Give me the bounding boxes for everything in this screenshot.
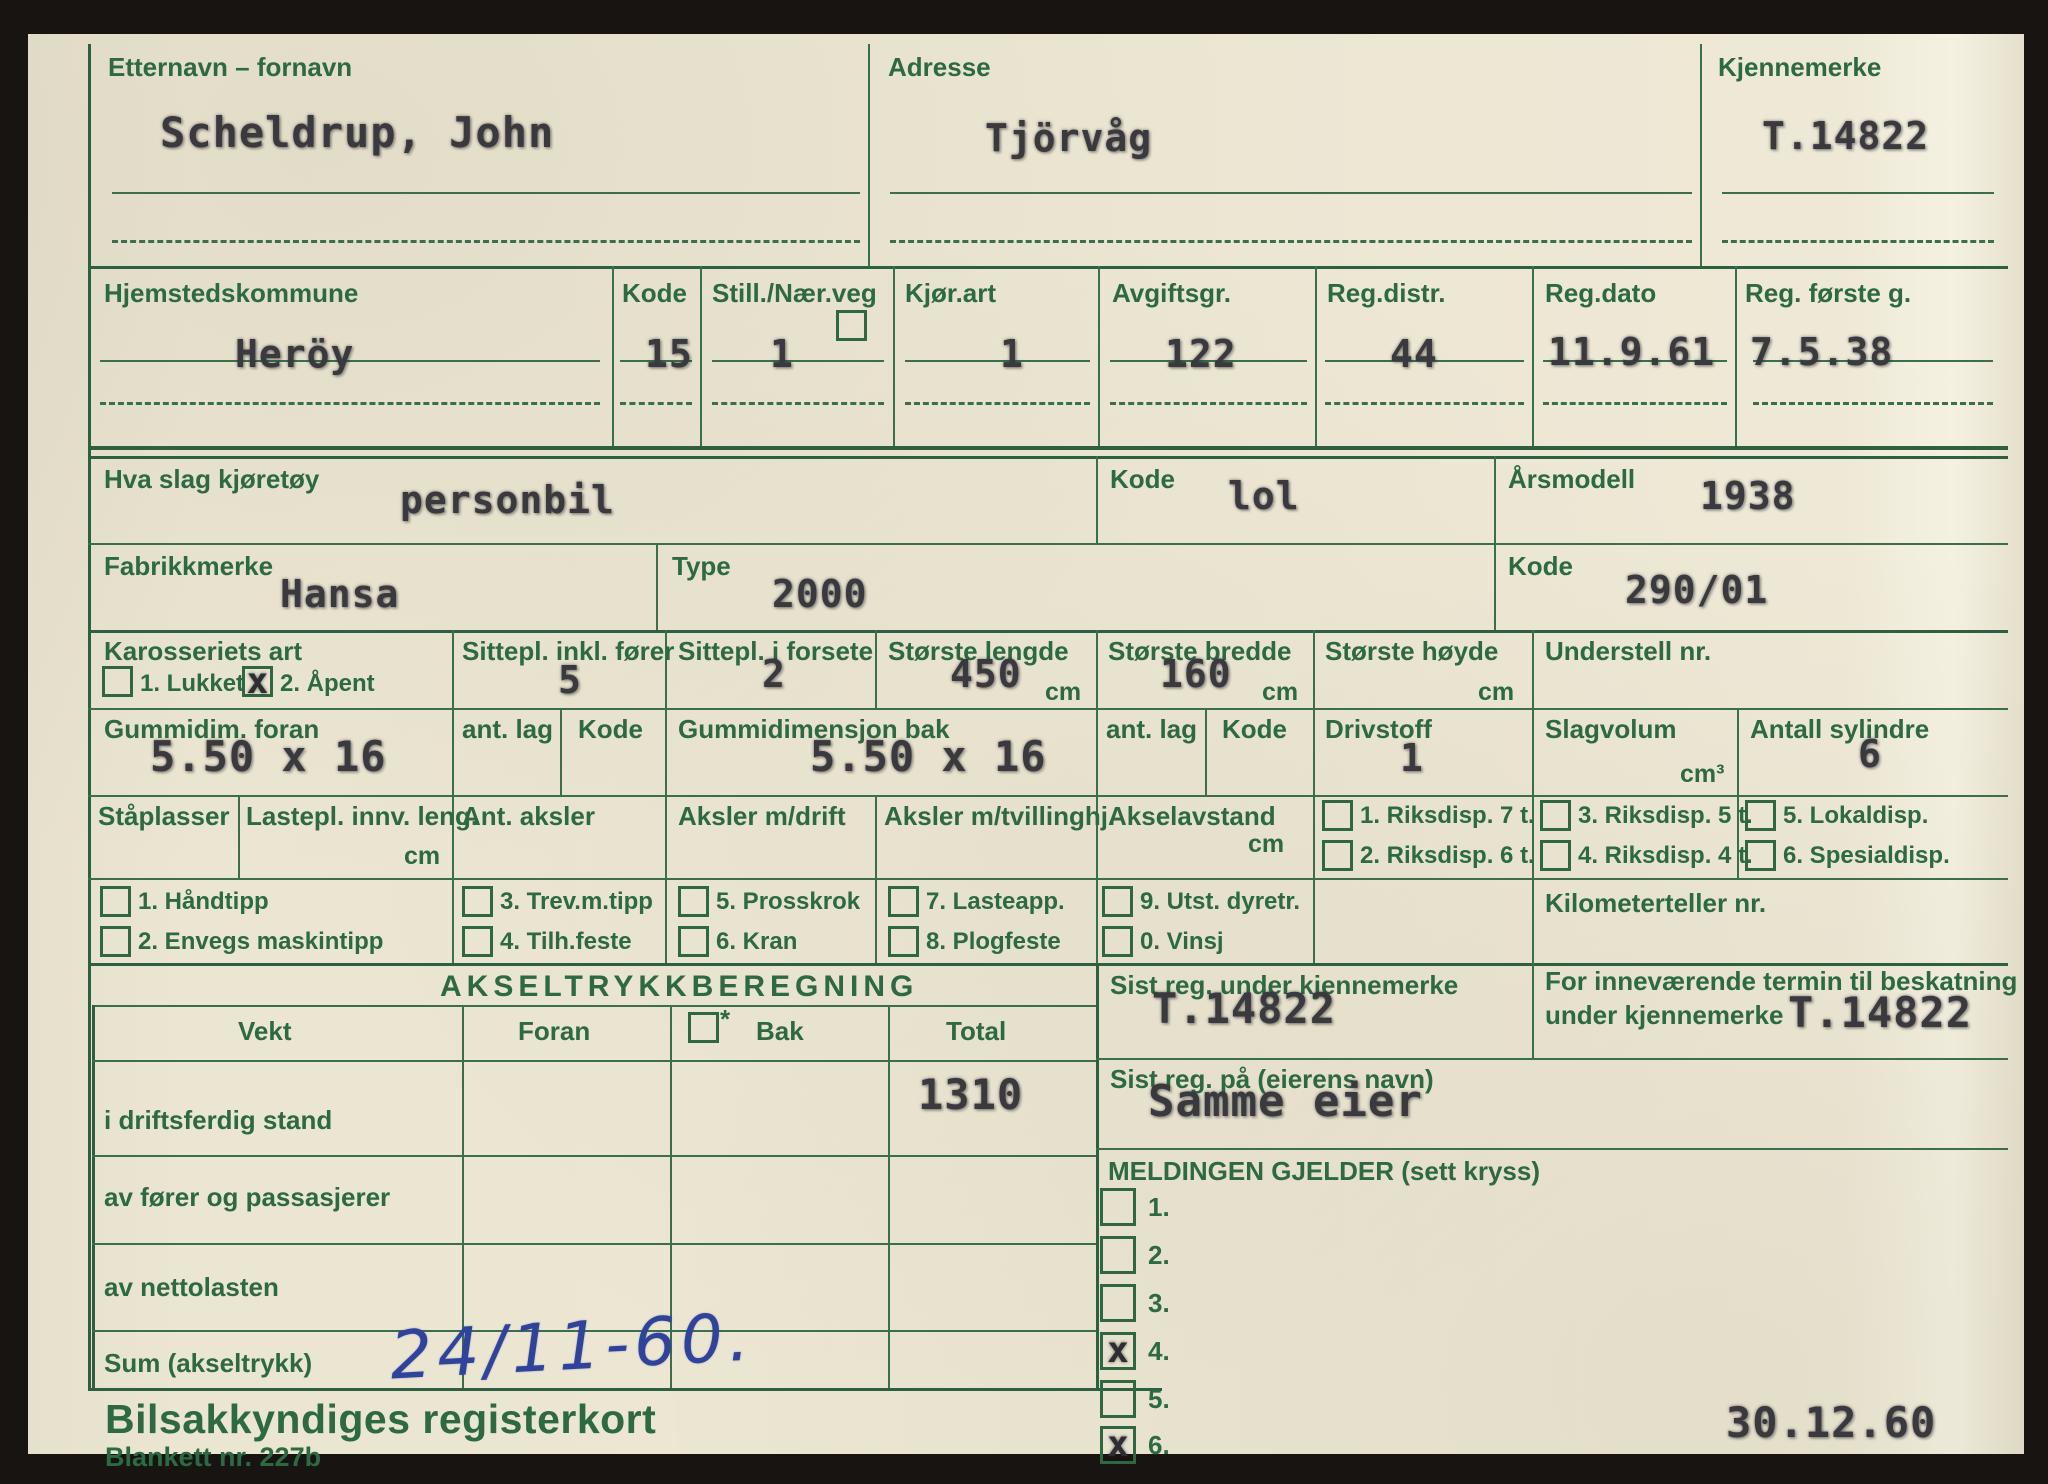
municipality-label: Hjemstedskommune [104, 278, 358, 309]
width-unit: cm [1262, 678, 1298, 707]
divider [1096, 630, 1098, 708]
divider [905, 402, 1090, 405]
owner-value: Samme eier [1148, 1076, 1423, 1127]
divider [452, 878, 454, 963]
displacement-label: Slagvolum [1545, 714, 1676, 745]
km-counter-label: Kilometerteller nr. [1545, 888, 1766, 919]
dyretr-checkbox [1102, 886, 1133, 917]
rear-layers-label: ant. lag [1106, 714, 1197, 745]
akselavstand-unit: cm [1248, 830, 1284, 859]
form-title: Bilsakkyndiges registerkort [105, 1396, 656, 1443]
melding-checkbox-2 [1100, 1236, 1136, 1274]
table-header-vekt: Vekt [238, 1016, 292, 1047]
trevtipp-label: 3. Trev.m.tipp [500, 888, 653, 917]
checkbox-mark: x [1107, 1427, 1129, 1463]
divider [100, 402, 600, 405]
divider [1700, 44, 1702, 266]
divider [656, 543, 658, 630]
row-sum-label: Sum (akseltrykk) [104, 1348, 312, 1379]
melding-checkbox-5 [1100, 1380, 1136, 1418]
address-value: Tjörvåg [985, 116, 1152, 160]
divider [88, 795, 2008, 797]
year-value: 1938 [1700, 474, 1796, 518]
lasteapp-checkbox [888, 886, 919, 917]
vehicle-kind-value: personbil [400, 478, 615, 522]
tilhfeste-label: 4. Tilh.feste [500, 928, 632, 957]
divider [112, 192, 860, 194]
spesialdisp-checkbox [1745, 840, 1776, 871]
still-veg-label: Still./Nær.veg [712, 278, 877, 309]
divider [88, 266, 2008, 269]
trevtipp-checkbox [462, 886, 493, 917]
divider [1096, 708, 1098, 795]
divider [560, 708, 562, 795]
divider [890, 192, 1692, 194]
bak-header-asterisk: * [720, 1004, 730, 1035]
tyre-front-value: 5.50 x 16 [150, 732, 387, 781]
vinsj-checkbox [1102, 926, 1133, 957]
divider [92, 1005, 1096, 1007]
aksler-tvilling-label: Aksler m/tvillinghj. [884, 801, 1115, 832]
divider [1315, 266, 1317, 446]
riksdisp7-checkbox [1322, 800, 1353, 831]
code-value: 15 [645, 332, 693, 376]
fuel-value: 1 [1400, 736, 1424, 780]
regdato-value: 11.9.61 [1548, 330, 1715, 374]
name-label: Etternavn – fornavn [108, 52, 352, 83]
divider [665, 878, 667, 963]
divider [620, 402, 692, 405]
divider [700, 266, 702, 446]
melding-label-1: 1. [1148, 1192, 1170, 1223]
chassis-label: Understell nr. [1545, 636, 1711, 667]
karosseri-label: Karosseriets art [104, 636, 302, 667]
lokaldisp-label: 5. Lokaldisp. [1783, 802, 1928, 831]
divider [92, 1060, 1096, 1062]
cylinders-label: Antall sylindre [1750, 714, 1929, 745]
riksdisp6-label: 2. Riksdisp. 6 t. [1360, 842, 1535, 871]
melding-label-4: 4. [1148, 1336, 1170, 1367]
divider [1313, 708, 1315, 795]
table-header-foran: Foran [518, 1016, 590, 1047]
divider [1096, 1058, 2008, 1060]
riksdisp7-label: 1. Riksdisp. 7 t. [1360, 802, 1535, 831]
plate-value: T.14822 [1762, 114, 1929, 158]
lasteapp-label: 7. Lasteapp. [926, 888, 1065, 917]
termin-value: T.14822 [1788, 988, 1972, 1037]
vehicle-kind-label: Hva slag kjøretøy [104, 464, 319, 495]
riksdisp4-checkbox [1540, 840, 1571, 871]
melding-label-3: 3. [1148, 1288, 1170, 1319]
address-label: Adresse [888, 52, 991, 83]
divider [1532, 630, 1534, 708]
row-passasjerer-label: av fører og passasjerer [104, 1182, 390, 1213]
front-layers-label: ant. lag [462, 714, 553, 745]
divider [452, 708, 454, 795]
melding-label-6: 6. [1148, 1430, 1170, 1461]
divider [875, 795, 877, 878]
cylinders-value: 6 [1858, 732, 1882, 776]
divider [1735, 266, 1737, 446]
divider [905, 360, 1090, 362]
type-value: 2000 [772, 572, 868, 616]
still-veg-value: 1 [770, 332, 794, 376]
akselavstand-label: Akselavstand [1108, 801, 1276, 832]
plogfeste-label: 8. Plogfeste [926, 928, 1061, 957]
riksdisp6-checkbox [1322, 840, 1353, 871]
divider [1096, 456, 1098, 543]
divider [1096, 1148, 2008, 1150]
divider [1098, 266, 1100, 446]
staplasser-label: Ståplasser [98, 801, 230, 832]
divider [665, 708, 667, 795]
melding-label: MELDINGEN GJELDER (sett kryss) [1108, 1156, 1540, 1187]
kran-checkbox [678, 926, 709, 957]
type-code-value: 290/01 [1625, 568, 1768, 612]
length-unit: cm [1045, 678, 1081, 707]
handtipp-label: 1. Håndtipp [138, 888, 269, 917]
name-value: Scheldrup, John [160, 108, 554, 157]
melding-checkbox-6: x [1100, 1426, 1136, 1464]
divider [712, 402, 884, 405]
melding-checkbox-1 [1100, 1188, 1136, 1226]
form-number: Blankett nr. 227b [105, 1442, 321, 1473]
spesialdisp-label: 6. Spesialdisp. [1783, 842, 1950, 871]
lastepl-label: Lastepl. innv. leng. [246, 801, 478, 832]
envegs-checkbox [100, 926, 131, 957]
melding-label-5: 5. [1148, 1384, 1170, 1415]
tyre-rear-value: 5.50 x 16 [810, 732, 1047, 781]
divider [1532, 878, 1534, 963]
divider [1532, 708, 1534, 795]
height-unit: cm [1478, 678, 1514, 707]
divider [893, 266, 895, 446]
divider [88, 630, 2008, 633]
divider [238, 795, 240, 878]
plogfeste-checkbox [888, 926, 919, 957]
regdistr-value: 44 [1390, 332, 1438, 376]
vehicle-kind-code-value: lol [1228, 474, 1300, 518]
seats-value: 5 [558, 658, 582, 702]
regdistr-label: Reg.distr. [1327, 278, 1445, 309]
divider [92, 1243, 1096, 1245]
divider [1494, 456, 1496, 630]
divider [88, 446, 2008, 450]
vehicle-kind-code-label: Kode [1110, 464, 1175, 495]
checkbox-mark: x [247, 664, 269, 700]
divider [1543, 402, 1727, 405]
divider [1532, 266, 1534, 446]
checkbox-mark: x [1107, 1333, 1129, 1369]
termin-label-line2: under kjennemerke [1545, 1000, 1783, 1031]
bak-header-checkbox [688, 1012, 719, 1043]
height-label: Største høyde [1325, 636, 1498, 667]
divider [1205, 708, 1207, 795]
length-value: 450 [950, 652, 1022, 696]
divider [88, 543, 2008, 545]
front-code-label: Kode [578, 714, 643, 745]
divider [88, 44, 91, 1390]
displacement-unit: cm³ [1680, 760, 1724, 789]
kjorart-label: Kjør.art [905, 278, 996, 309]
handtipp-checkbox [100, 886, 131, 917]
regforste-label: Reg. første g. [1745, 278, 1911, 309]
lukket-checkbox [102, 666, 133, 697]
divider [112, 240, 860, 243]
ant-aksler-label: Ant. aksler [462, 801, 595, 832]
envegs-label: 2. Envegs maskintipp [138, 928, 383, 957]
divider [612, 266, 614, 446]
vinsj-label: 0. Vinsj [1140, 928, 1224, 957]
melding-label-2: 2. [1148, 1240, 1170, 1271]
divider [1313, 878, 1315, 963]
divider [1722, 240, 1994, 243]
divider [1096, 878, 1098, 963]
row-driftsferdig-total: 1310 [918, 1070, 1023, 1119]
divider [88, 878, 2008, 880]
type-label: Type [672, 551, 731, 582]
table-header-bak: Bak [756, 1016, 804, 1047]
lastepl-unit: cm [404, 842, 440, 871]
divider [1325, 402, 1524, 405]
divider [92, 1155, 1096, 1157]
municipality-value: Heröy [235, 332, 354, 376]
divider [868, 44, 870, 266]
apent-label: 2. Åpent [280, 670, 375, 699]
regforste-value: 7.5.38 [1750, 330, 1893, 374]
divider [1313, 630, 1315, 708]
frontseats-value: 2 [762, 652, 786, 696]
divider [1096, 963, 1099, 1390]
table-header-total: Total [946, 1016, 1006, 1047]
tilhfeste-checkbox [462, 926, 493, 957]
divider [452, 630, 454, 708]
riksdisp5-label: 3. Riksdisp. 5 t. [1578, 802, 1753, 831]
divider [890, 240, 1692, 243]
prosskrok-label: 5. Prosskrok [716, 888, 860, 917]
divider [875, 630, 877, 708]
kjorart-value: 1 [1000, 332, 1024, 376]
row-driftsferdig-label: i driftsferdig stand [104, 1105, 332, 1136]
year-label: Årsmodell [1508, 464, 1635, 495]
apent-checkbox: x [242, 666, 273, 697]
avgiftsgr-value: 122 [1165, 332, 1237, 376]
divider [1753, 402, 1993, 405]
divider [712, 360, 884, 362]
stamp-date: 30.12.60 [1726, 1398, 1936, 1447]
aksler-drift-label: Aksler m/drift [678, 801, 846, 832]
dyretr-label: 9. Utst. dyretr. [1140, 888, 1300, 917]
make-label: Fabrikkmerke [104, 551, 273, 582]
rear-code-label: Kode [1222, 714, 1287, 745]
divider [88, 708, 2008, 710]
divider [665, 795, 667, 878]
axle-table-title: AKSELTRYKKBEREGNING [440, 970, 918, 1004]
prosskrok-checkbox [678, 886, 709, 917]
lukket-label: 1. Lukket [140, 670, 244, 699]
sist-reg-value: T.14822 [1152, 984, 1336, 1033]
divider [1722, 192, 1994, 194]
scanned-registration-card: Etternavn – fornavn Scheldrup, John Adre… [0, 0, 2048, 1484]
riksdisp5-checkbox [1540, 800, 1571, 831]
type-code-label: Kode [1508, 551, 1573, 582]
make-value: Hansa [280, 572, 399, 616]
avgiftsgr-label: Avgiftsgr. [1112, 278, 1231, 309]
divider [1532, 963, 1534, 1060]
divider [875, 878, 877, 963]
divider [88, 1388, 1162, 1391]
melding-checkbox-4: x [1100, 1332, 1136, 1370]
divider [1313, 795, 1315, 878]
lokaldisp-checkbox [1745, 800, 1776, 831]
divider [88, 456, 2008, 459]
regdato-label: Reg.dato [1545, 278, 1656, 309]
kran-label: 6. Kran [716, 928, 797, 957]
divider [1110, 402, 1307, 405]
divider [1737, 708, 1739, 795]
melding-checkbox-3 [1100, 1284, 1136, 1322]
riksdisp4-label: 4. Riksdisp. 4 t. [1578, 842, 1753, 871]
still-veg-checkbox [836, 310, 867, 341]
row-nettolast-label: av nettolasten [104, 1272, 279, 1303]
width-value: 160 [1160, 652, 1232, 696]
plate-label: Kjennemerke [1718, 52, 1881, 83]
code-label: Kode [622, 278, 687, 309]
